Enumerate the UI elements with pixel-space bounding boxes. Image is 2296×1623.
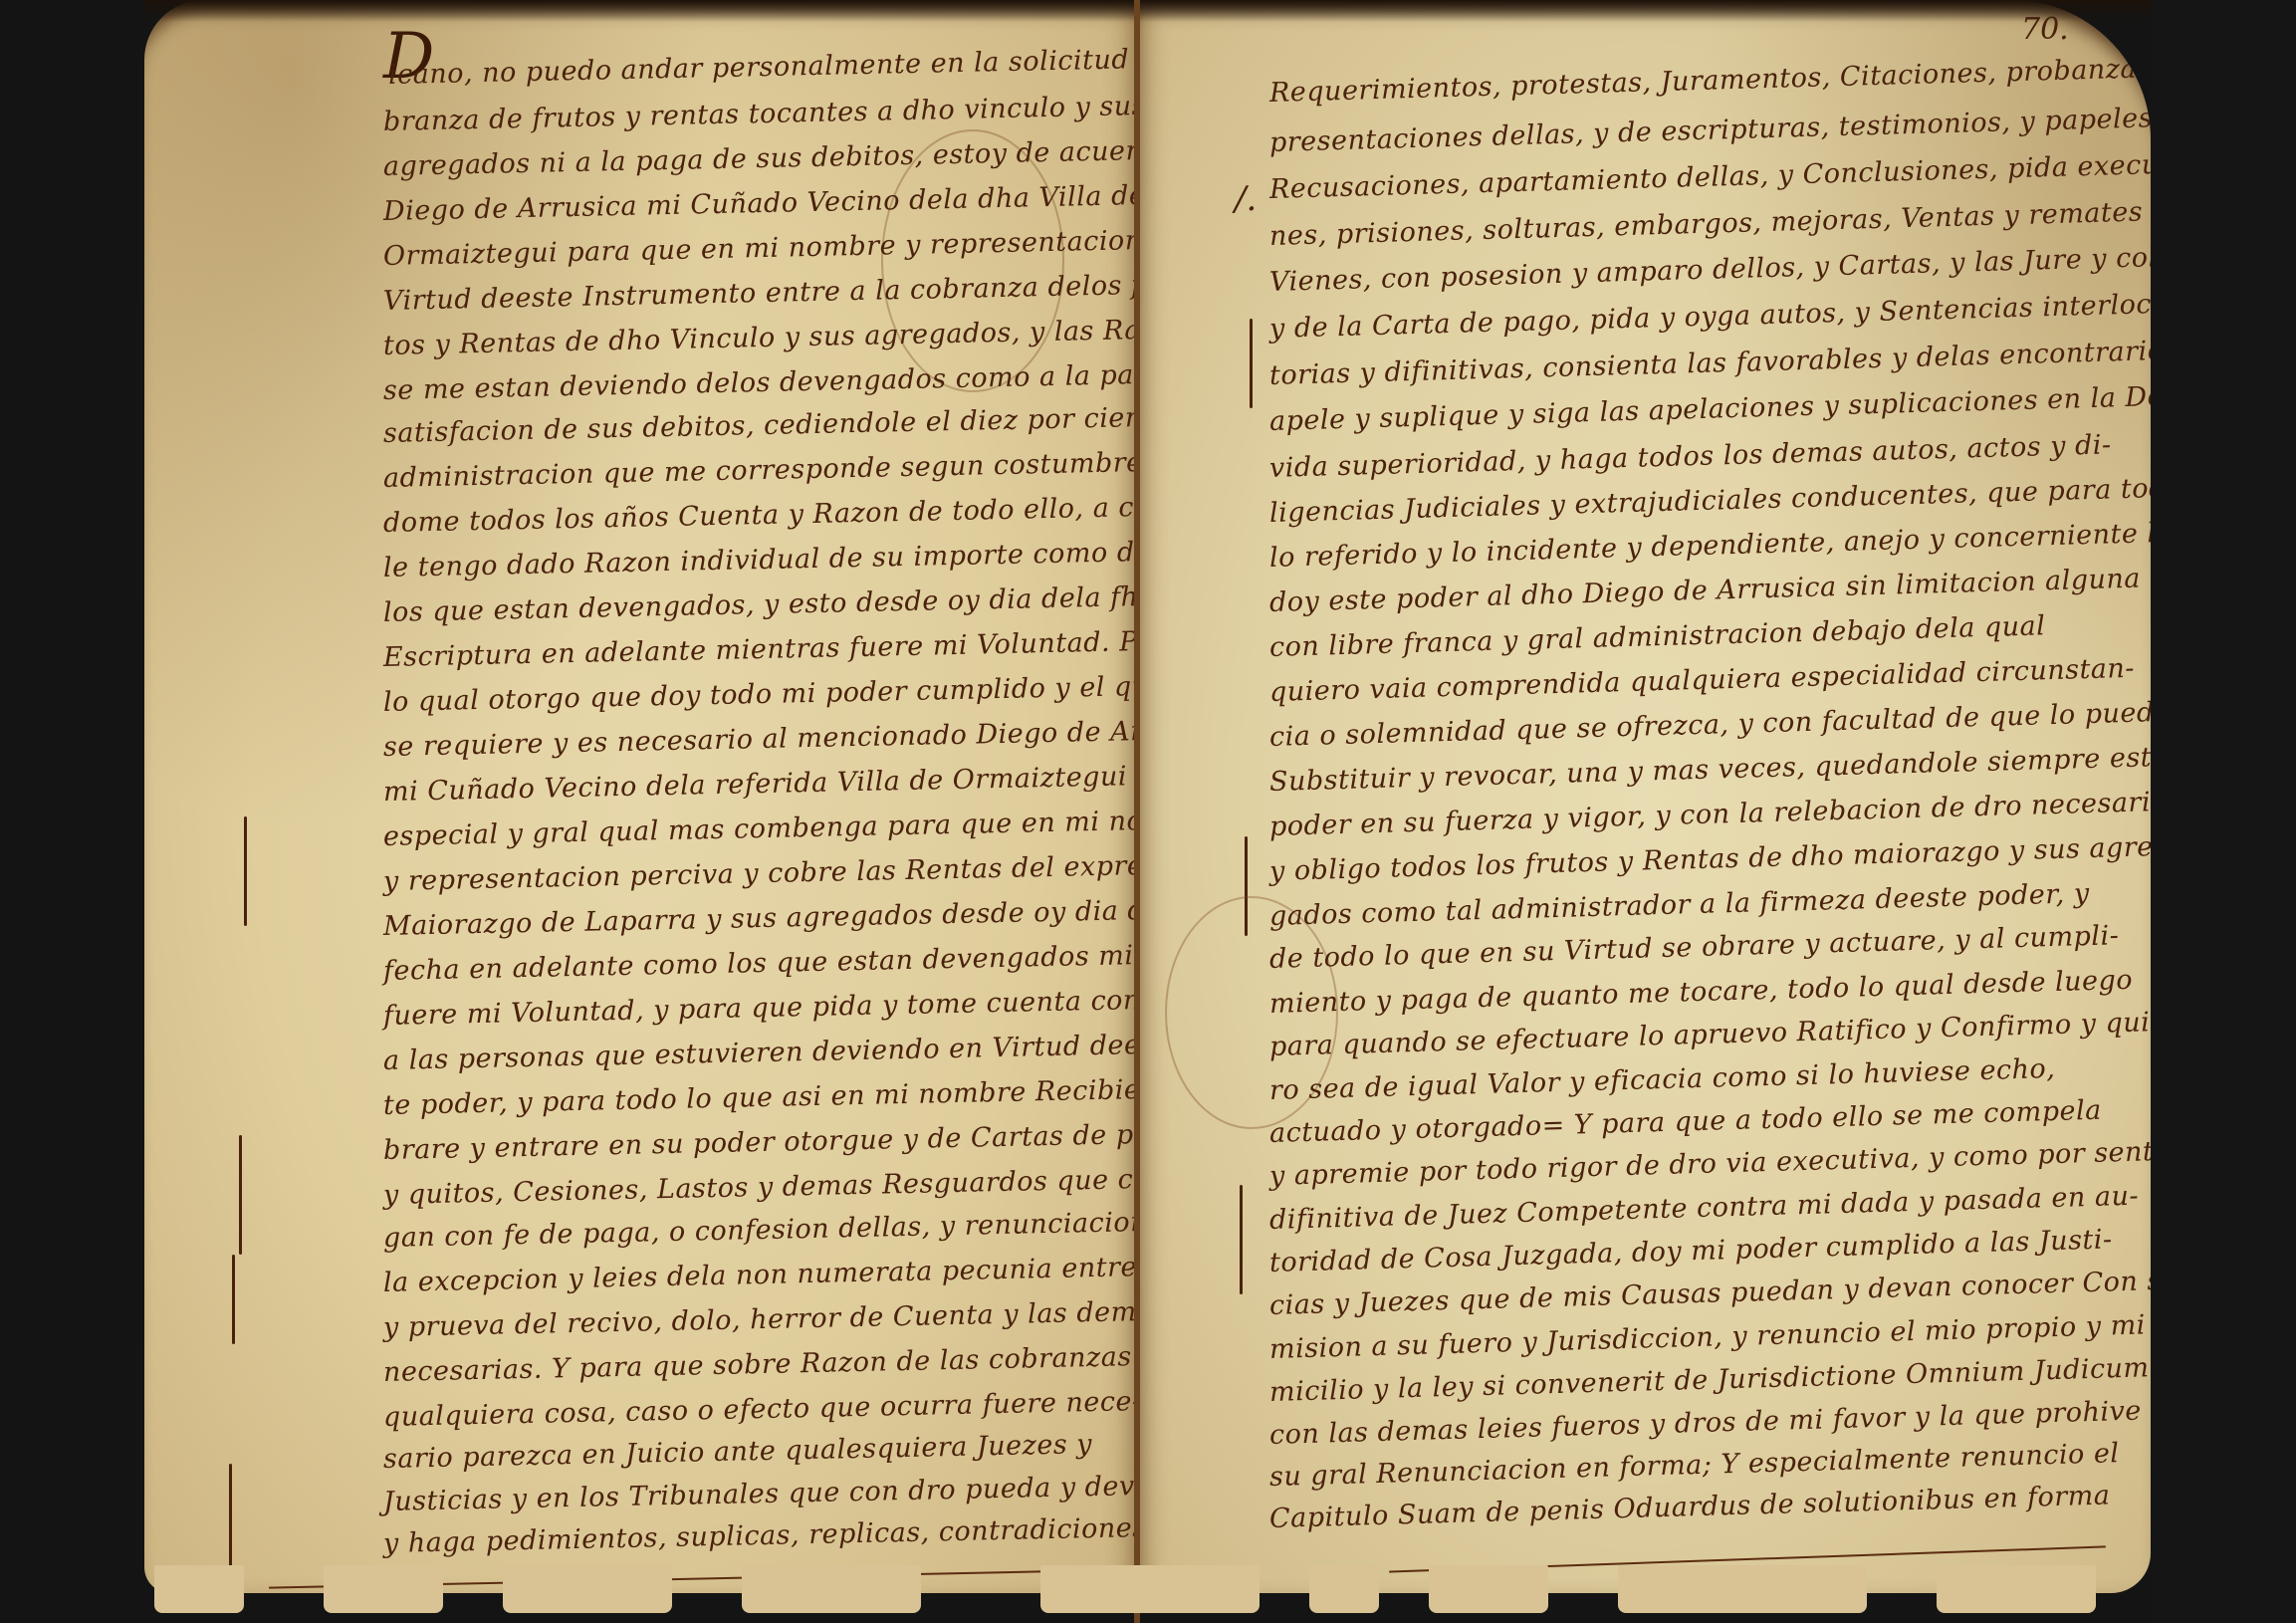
paper-fragment (1429, 1565, 1548, 1613)
text-line: administracion que me corresponde segun … (383, 445, 1137, 494)
paper-fragment (154, 1565, 244, 1613)
text-line: los que estan devengados, y esto desde o… (383, 580, 1137, 628)
text-line: Escriptura en adelante mientras fuere mi… (383, 626, 1137, 673)
paper-fragment (1618, 1565, 1867, 1613)
text-line: torias y difinitivas, consienta las favo… (1269, 336, 2151, 391)
margin-flourish (244, 816, 247, 926)
text-line: satisfacion de sus debitos, cediendole e… (383, 400, 1137, 449)
paper-fragment (1309, 1565, 1379, 1613)
text-line: brare y entrare en su poder otorgue y de… (383, 1117, 1137, 1166)
margin-flourish (232, 1255, 235, 1344)
text-line: doy este poder al dho Diego de Arrusica … (1269, 564, 2142, 618)
text-line: la excepcion y leies dela non numerata p… (383, 1251, 1137, 1298)
text-line: nes, prisiones, solturas, embargos, mejo… (1269, 195, 2151, 252)
text-line: con libre franca y gral administracion d… (1269, 610, 2046, 663)
paper-fragment (324, 1565, 443, 1613)
text-line: y quitos, Cesiones, Lastos y demas Resgu… (383, 1162, 1137, 1211)
text-line: Maiorazgo de Laparra y sus agregados des… (383, 894, 1137, 942)
text-line: fecha en adelante como los que estan dev… (383, 938, 1137, 987)
text-line: a las personas que estuvieren deviendo e… (383, 1030, 1137, 1076)
text-line: y obligo todos los frutos y Rentas de dh… (1269, 831, 2151, 887)
text-line: poder en su fuerza y vigor, y con la rel… (1269, 787, 2151, 842)
text-line: Recusaciones, apartamiento dellas, y Con… (1269, 148, 2151, 205)
margin-flourish (239, 1135, 242, 1255)
paper-fragment (1937, 1565, 2096, 1613)
text-line: quiero vaia comprendida qualquiera espec… (1269, 653, 2136, 708)
text-line: Justicias y en los Tribunales que con dr… (383, 1471, 1137, 1517)
text-line: y haga pedimientos, suplicas, replicas, … (383, 1512, 1137, 1559)
left-page: D icano, no puedo andar personalmente en… (144, 0, 1137, 1593)
right-page: 70. /. Requerimientos, protestas, Jurame… (1140, 0, 2151, 1593)
text-line: se me estan deviendo delos devengados co… (383, 358, 1137, 406)
torn-bottom-edge (144, 1565, 2151, 1623)
text-line: se requiere y es necesario al mencionado… (383, 714, 1137, 763)
text-line: cia o solemnidad que se ofrezca, y con f… (1269, 697, 2151, 753)
text-line: le tengo dado Razon individual de su imp… (383, 537, 1137, 583)
text-line: gan con fe de paga, o confesion dellas, … (383, 1206, 1137, 1254)
scan-background-strip (2151, 0, 2296, 1623)
text-line: sario parezca en Juicio ante qualesquier… (383, 1429, 1093, 1475)
paper-fragment (742, 1565, 921, 1613)
text-line: necesarias. Y para que sobre Razon de la… (383, 1339, 1137, 1388)
text-line: icano, no puedo andar personalmente en l… (388, 43, 1137, 91)
margin-mark: /. (1235, 179, 1257, 219)
margin-flourish (1250, 319, 1253, 408)
text-line: y representacion perciva y cobre las Ren… (383, 849, 1137, 897)
margin-flourish (1240, 1185, 1243, 1294)
text-line: Requerimientos, protestas, Juramentos, C… (1269, 53, 2151, 109)
text-line: presentaciones dellas, y de escripturas,… (1269, 103, 2151, 158)
text-line: y de la Carta de pago, pida y oyga autos… (1269, 288, 2151, 345)
text-line: y prueva del recivo, dolo, herror de Cue… (383, 1296, 1137, 1343)
text-line: branza de frutos y rentas tocantes a dho… (383, 91, 1137, 137)
text-line: ro sea de igual Valor y eficacia como si… (1269, 1053, 2056, 1106)
text-line: vida superioridad, y haga todos los dema… (1269, 429, 2112, 484)
text-line: fuere mi Voluntad, y para que pida y tom… (383, 983, 1137, 1032)
text-line: qualquiera cosa, caso o efecto que ocurr… (383, 1386, 1137, 1433)
text-line: Vienes, con posesion y amparo dellos, y … (1269, 241, 2151, 298)
text-line: lo referido y lo incidente y dependiente… (1269, 518, 2151, 574)
book-gutter (1134, 0, 1140, 1623)
text-line: mi Cuñado Vecino dela referida Villa de … (383, 761, 1128, 808)
paper-fragment (1040, 1565, 1260, 1613)
text-line: ligencias Judiciales y extrajudiciales c… (1269, 472, 2151, 529)
text-line: lo qual otorgo que doy todo mi poder cum… (383, 668, 1137, 718)
text-line: dome todos los años Cuenta y Razon de to… (383, 490, 1137, 539)
text-line: te poder, y para todo lo que asi en mi n… (383, 1072, 1137, 1121)
text-line: apele y suplique y siga las apelaciones … (1269, 381, 2151, 437)
burnt-top-edge (144, 0, 2151, 22)
text-line: Substituir y revocar, una y mas veces, q… (1269, 742, 2151, 798)
paper-fragment (503, 1565, 672, 1613)
text-line: especial y gral qual mas combenga para q… (383, 804, 1137, 852)
